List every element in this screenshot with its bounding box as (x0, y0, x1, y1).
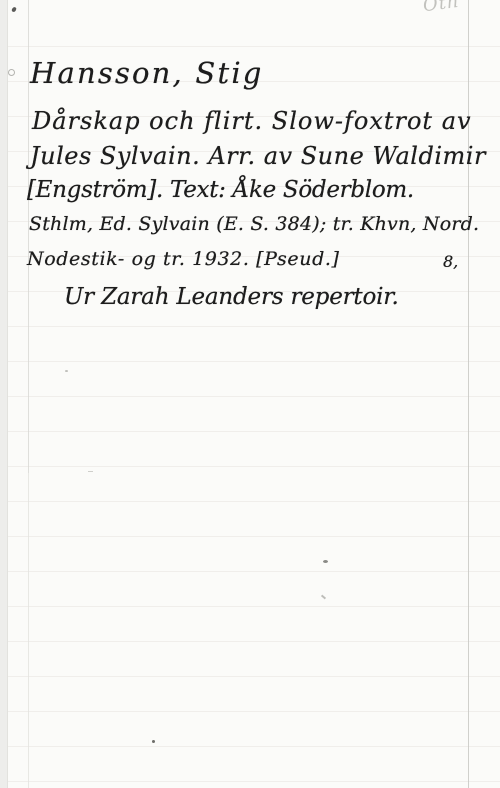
scan-edge-strip (0, 0, 8, 788)
entry-title-line-1: Dårskap och flirt. Slow-foxtrot av (32, 107, 472, 135)
card-heading-author: Hansson, Stig (30, 56, 264, 90)
entry-imprint-line-1: Sthlm, Ed. Sylvain (E. S. 384); tr. Khvn… (29, 213, 479, 235)
paper-speck (65, 370, 68, 372)
paper-speck (323, 560, 328, 563)
left-margin-rule (28, 0, 29, 788)
entry-note-line: Ur Zarah Leanders repertoir. (64, 284, 399, 310)
scanned-catalog-card: { "page": { "corner_annotation": "Oth", … (0, 0, 500, 788)
paper-speck (11, 6, 16, 12)
page-number: 8, (443, 252, 458, 271)
pencil-annotation: Oth (422, 0, 461, 16)
paper-speck (8, 69, 15, 76)
paper-speck (88, 471, 93, 472)
entry-imprint-line-2: Nodestik- og tr. 1932. [Pseud.] (27, 248, 340, 270)
card-page: Oth Hansson, Stig Dårskap och flirt. Slo… (0, 0, 500, 788)
paper-speck (321, 595, 326, 600)
paper-speck (152, 740, 155, 743)
entry-title-line-2: Jules Sylvain. Arr. av Sune Waldimir (30, 142, 486, 170)
entry-title-line-3: [Engström]. Text: Åke Söderblom. (27, 177, 414, 203)
